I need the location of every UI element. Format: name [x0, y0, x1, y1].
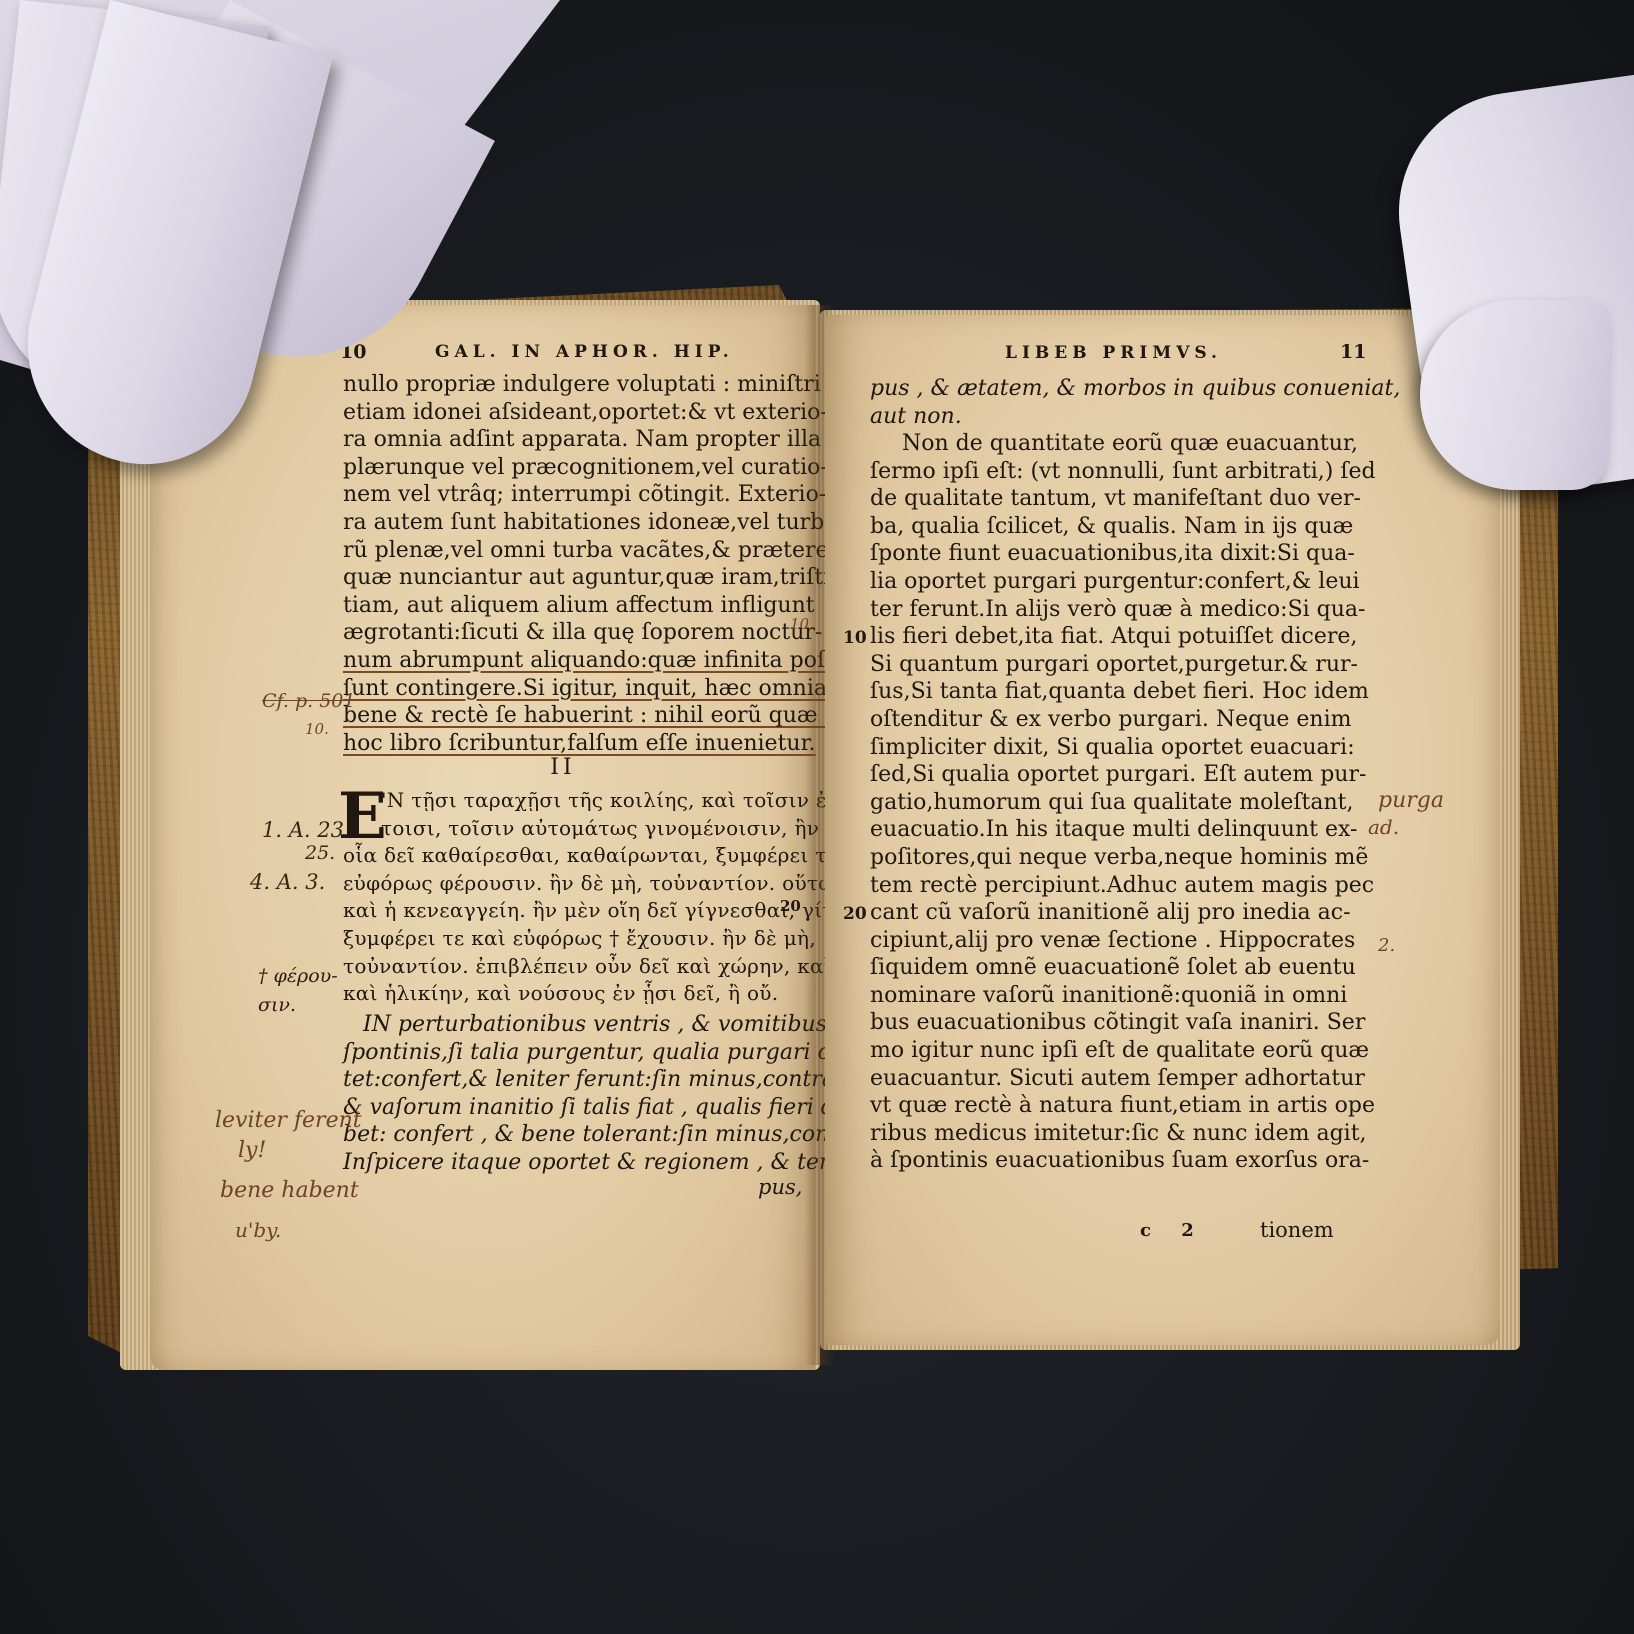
text-line: & vaſorum inanitio ſi talis fiat , quali…	[343, 1094, 876, 1122]
marginal-annotation: leviter ferent	[215, 1108, 362, 1133]
text-line: pus , & ætatem, & morbos in quibus conue…	[870, 375, 1400, 403]
marginal-annotation: 2.	[1378, 935, 1395, 956]
marginal-annotation: 10.	[305, 720, 329, 738]
left-page: 10 GAL. IN APHOR. HIP. nullo propriæ ind…	[150, 305, 815, 1370]
text-line: ribus medicus imitetur:ſic & nunc idem a…	[870, 1120, 1376, 1148]
text-line: ra omnia adſint apparata. Nam propter il…	[343, 426, 846, 454]
text-line: rũ plenæ,vel omni turba vacãtes,& præter…	[343, 537, 846, 565]
text-line: à ſpontinis euacuationibus ſuam exorſus …	[870, 1147, 1376, 1175]
continued-translation: pus , & ætatem, & morbos in quibus conue…	[870, 375, 1400, 430]
text-line: vt quæ rectè à natura fiunt,etiam in art…	[870, 1092, 1376, 1120]
left-running-head: GAL. IN APHOR. HIP.	[435, 342, 734, 362]
text-line: tet:confert,& leniter ferunt:ſin minus,c…	[343, 1066, 876, 1094]
marginal-annotation: bene habent	[220, 1178, 359, 1203]
text-line: de qualitate tantum, vt manifeſtant duo …	[870, 485, 1376, 513]
text-line: ſus,Si tanta fiat,quanta debet fieri. Ho…	[870, 678, 1376, 706]
right-gloved-thumb	[1420, 300, 1610, 490]
underlined-text-line: ſunt contingere.Si igitur, inquit, hæc o…	[343, 675, 846, 703]
text-line: etiam idonei aſsideant,oportet:& vt exte…	[343, 399, 846, 427]
text-line: Non de quantitate eorũ quæ euacuantur,	[870, 430, 1376, 458]
marginal-annotation: † φέρου-	[258, 965, 338, 987]
marginal-annotation: σιν.	[258, 994, 296, 1016]
text-line: tiam, aut aliquem alium affectum infligu…	[343, 592, 846, 620]
marginal-annotation: ly!	[238, 1138, 266, 1163]
text-line: bus euacuationibus cõtingit vaſa inaniri…	[870, 1009, 1376, 1037]
text-line: nullo propriæ indulgere voluptati : mini…	[343, 371, 846, 399]
text-line: ſponte fiunt euacuationibus,ita dixit:Si…	[870, 540, 1376, 568]
text-line: lia oportet purgari purgentur:confert,& …	[870, 568, 1376, 596]
marginal-annotation: Cf. p. 501	[262, 690, 355, 712]
underlined-text-line: bene & rectè ſe habuerint : nihil eorũ q…	[343, 702, 846, 730]
margin-line-number: 10	[843, 628, 867, 648]
underlined-text-line: hoc libro ſcribuntur,falſum eſſe inuenie…	[343, 730, 846, 758]
marginal-annotation: 1. A. 23	[262, 818, 344, 842]
margin-line-number: 20	[843, 904, 867, 924]
text-line: ſimpliciter dixit, Si qualia oportet eua…	[870, 734, 1376, 762]
text-line: ſermo ipſi eſt: (vt nonnulli, ſunt arbit…	[870, 458, 1376, 486]
right-folio-number: 11	[1340, 341, 1366, 363]
text-line: aut non.	[870, 403, 1400, 431]
text-line: Si quantum purgari oportet,purgetur.& ru…	[870, 651, 1376, 679]
margin-line-number: 20	[780, 897, 801, 915]
text-line: ba, qualia ſcilicet, & qualis. Nam in ij…	[870, 513, 1376, 541]
text-line: euacuantur. Sicuti autem ſemper adhortat…	[870, 1065, 1376, 1093]
text-line: cipiunt,alij pro venæ ſectione . Hippocr…	[870, 927, 1376, 955]
left-catchword: pus,	[758, 1175, 802, 1199]
text-line: oſtenditur & ex verbo purgari. Neque eni…	[870, 706, 1376, 734]
text-line: ægrotanti:ſicuti & illa quę ſoporem noct…	[343, 619, 846, 647]
right-running-head: LIBEB PRIMVS.	[1005, 343, 1222, 363]
text-line: ſpontinis,ſi talia purgentur, qualia pur…	[343, 1039, 876, 1067]
text-line: gatio,humorum qui ſua qualitate moleſtan…	[870, 789, 1376, 817]
text-line: euacuatio.In his itaque multi delinquunt…	[870, 816, 1376, 844]
text-line: plærunque vel præcognitionem,vel curatio…	[343, 454, 846, 482]
text-line: Inſpicere itaque oportet & regionem , & …	[343, 1149, 876, 1177]
text-line: mo igitur nunc ipſi eſt de qualitate eor…	[870, 1037, 1376, 1065]
marginal-annotation: 25.	[305, 842, 335, 864]
marginal-annotation: ad.	[1368, 815, 1399, 839]
marginal-annotation: u'by.	[235, 1218, 281, 1242]
text-line: lis fieri debet,ita fiat. Atqui potuiſſe…	[870, 623, 1376, 651]
text-line: poſitores,qui neque verba,neque hominis …	[870, 844, 1376, 872]
underlined-text-line: num abrumpunt aliquando:quæ infinita poſ	[343, 647, 846, 675]
text-line: bet: confert , & bene tolerant:ſin minus…	[343, 1121, 876, 1149]
text-line: cant cũ vaſorũ inanitionẽ alij pro inedi…	[870, 899, 1376, 927]
marginal-annotation: 4. A. 3.	[250, 870, 325, 894]
left-latin-commentary: nullo propriæ indulgere voluptati : mini…	[343, 371, 846, 757]
marginal-annotation: purga	[1378, 788, 1444, 813]
text-line: tem rectè percipiunt.Adhuc autem magis p…	[870, 872, 1376, 900]
text-line: ſiquidem omnẽ euacuationẽ ſolet ab euent…	[870, 954, 1376, 982]
text-line: IN perturbationibus ventris , & vomitibu…	[343, 1011, 876, 1039]
text-line: nominare vaſorũ inanitionẽ:quoniã in omn…	[870, 982, 1376, 1010]
signature-mark: c 2	[1140, 1220, 1206, 1241]
text-line: ter ferunt.In alijs verò quæ à medico:Si…	[870, 596, 1376, 624]
text-line: ra autem ſunt habitationes idoneæ,vel tu…	[343, 509, 846, 537]
right-catchword: tionem	[1260, 1218, 1334, 1242]
latin-translation: IN perturbationibus ventris , & vomitibu…	[343, 1011, 876, 1177]
text-line: quæ nunciantur aut aguntur,quæ iram,triſ…	[343, 564, 846, 592]
text-line: ſed,Si qualia oportet purgari. Eſt autem…	[870, 761, 1376, 789]
text-line: nem vel vtrâq; interrumpi cõtingit. Exte…	[343, 481, 846, 509]
aphorism-number: II	[343, 755, 783, 785]
right-latin-commentary: Non de quantitate eorũ quæ euacuantur, ſ…	[870, 430, 1376, 1175]
